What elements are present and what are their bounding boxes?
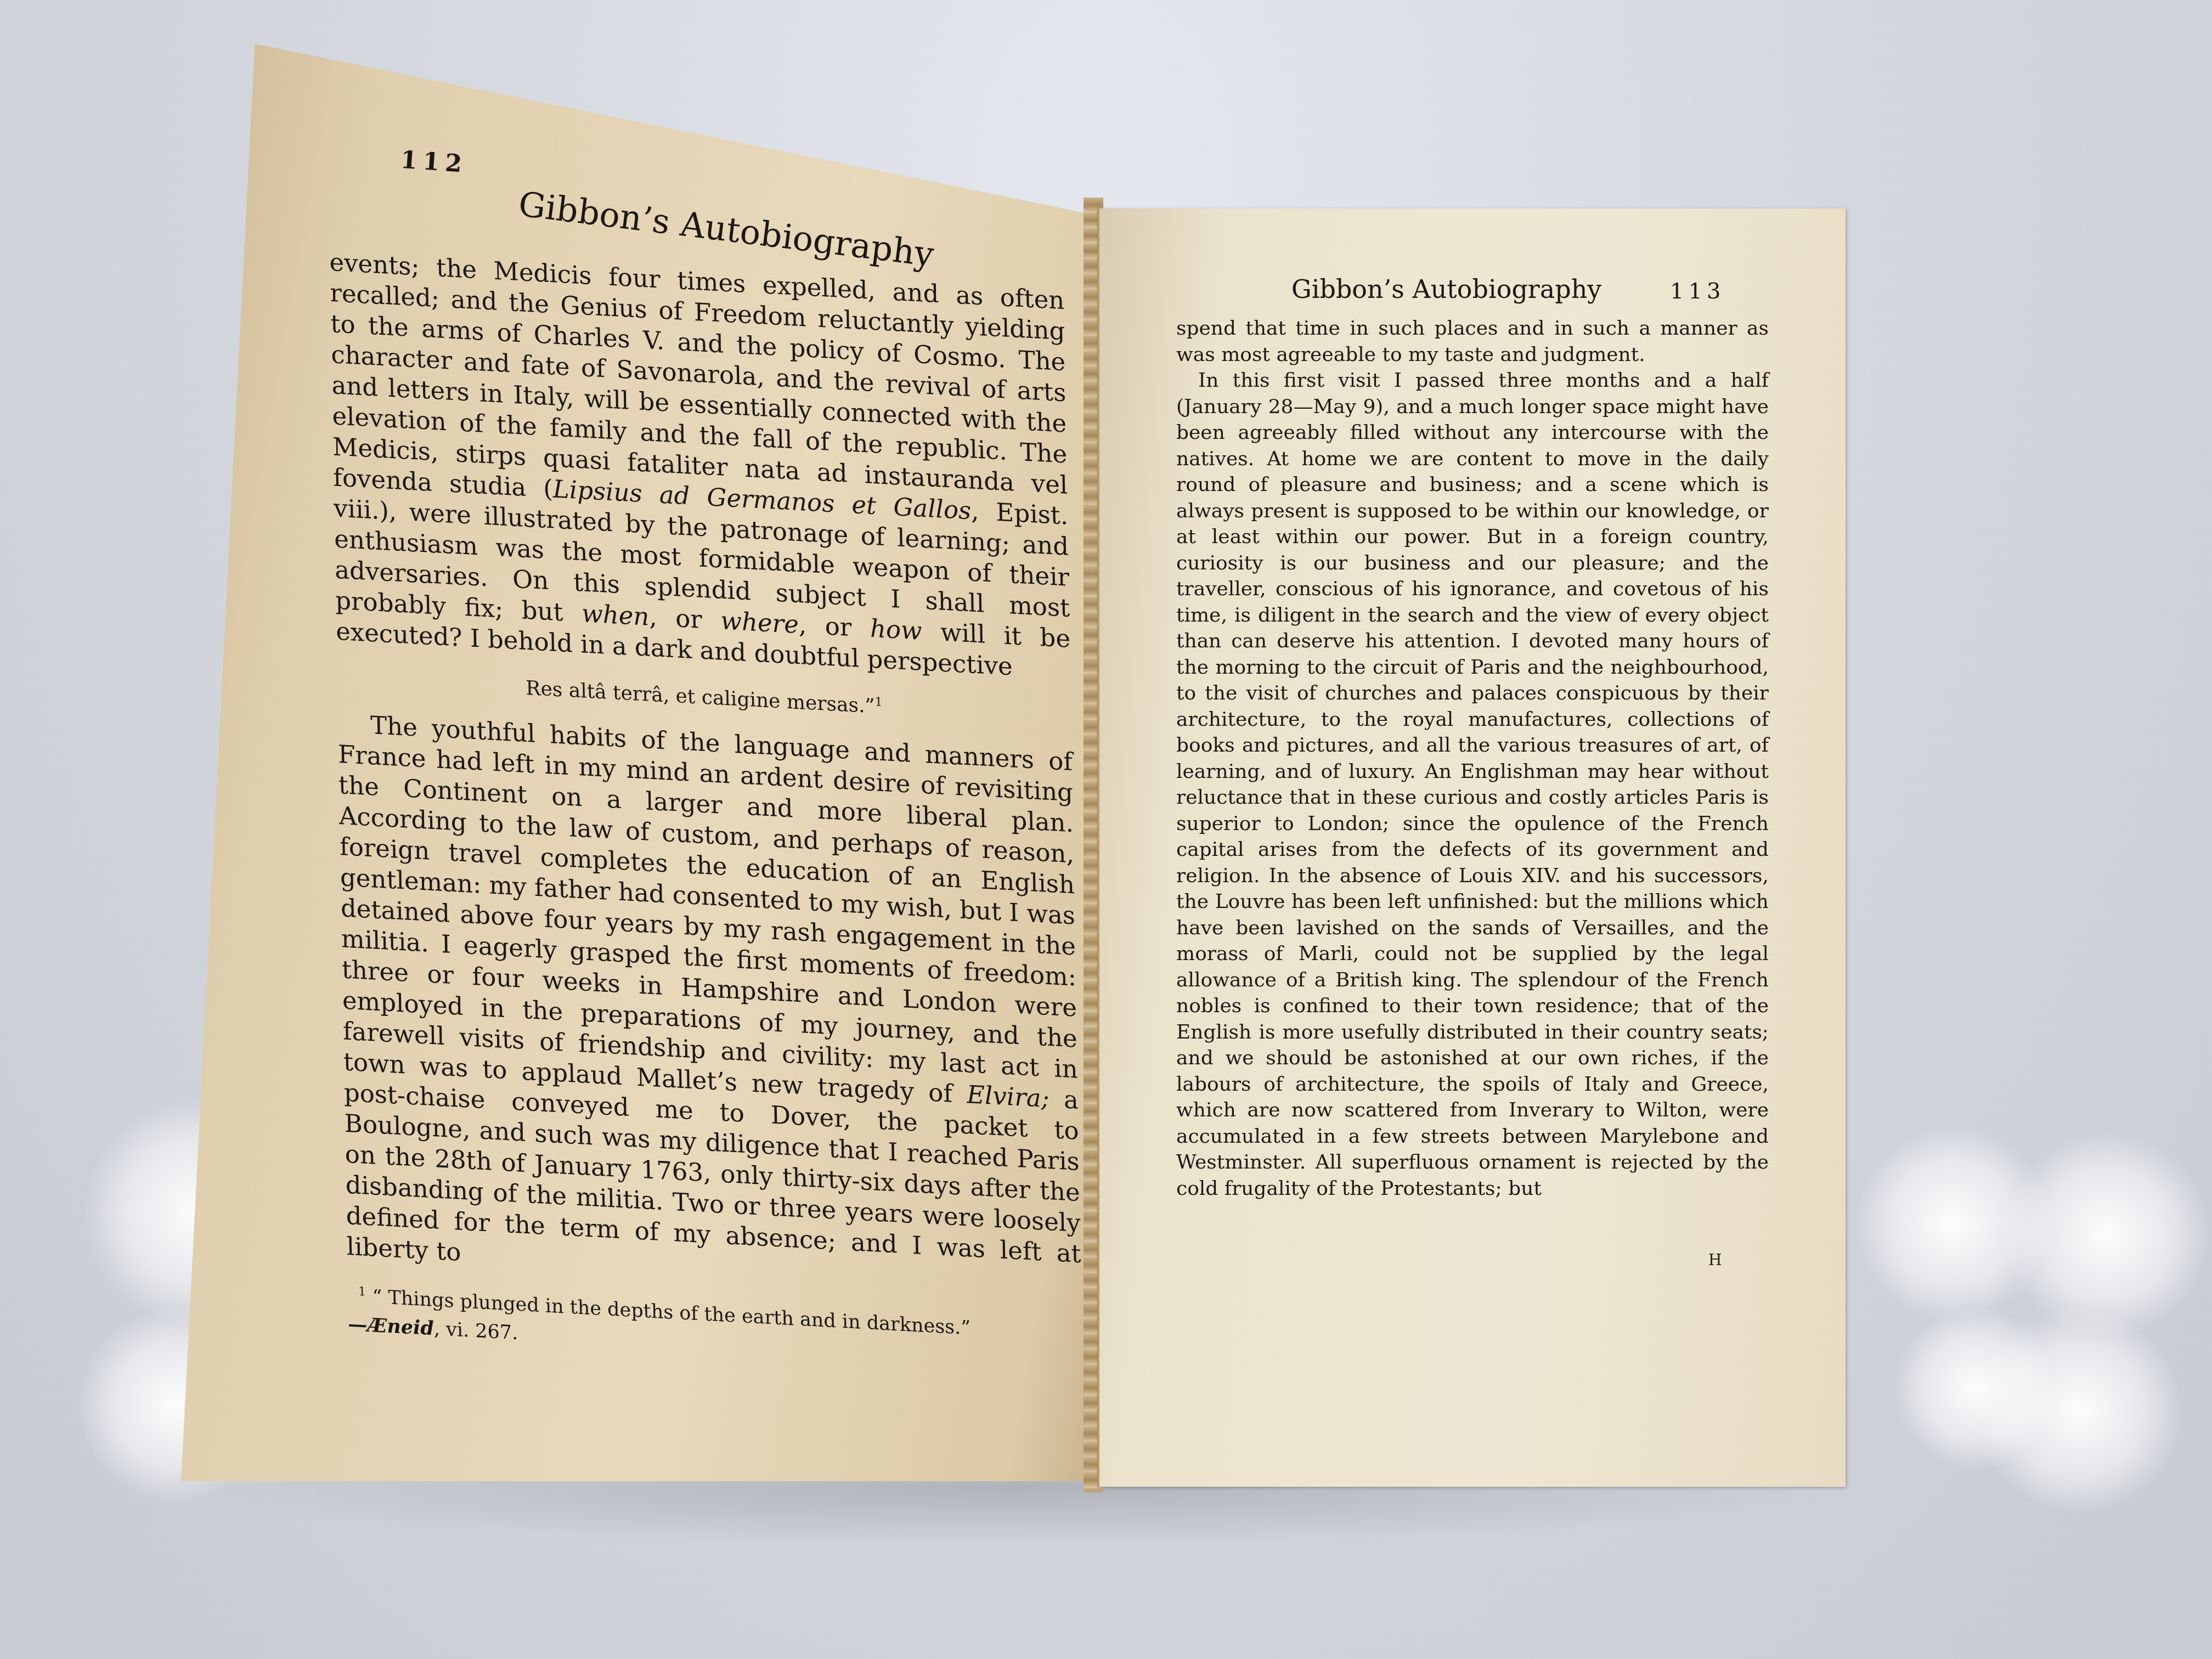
right-page-number: 113 <box>1670 279 1725 304</box>
left-paragraph-2: The youthful habits of the language and … <box>337 708 1082 1300</box>
footnote-mark: 1 <box>874 695 882 709</box>
light-reflection <box>2002 1130 2211 1339</box>
signature-mark: H <box>1708 1251 1722 1269</box>
right-paragraph-1: spend that time in such places and in su… <box>1176 315 1769 368</box>
right-page: Gibbon’s Autobiography 113 spend that ti… <box>1097 208 1846 1487</box>
right-page-body: spend that time in such places and in su… <box>1176 315 1769 1201</box>
right-paragraph-2: In this first visit I passed three month… <box>1176 368 1769 1201</box>
left-page-number: 112 <box>399 146 468 178</box>
left-page-body: events; the Medicis four times expelled,… <box>329 247 1083 1377</box>
left-page: 112 Gibbon’s Autobiography events; the M… <box>181 44 1103 1481</box>
light-reflection <box>1893 1306 2057 1470</box>
left-paragraph-continued: events; the Medicis four times expelled,… <box>329 247 1071 685</box>
right-running-head: Gibbon’s Autobiography <box>1291 274 1601 304</box>
